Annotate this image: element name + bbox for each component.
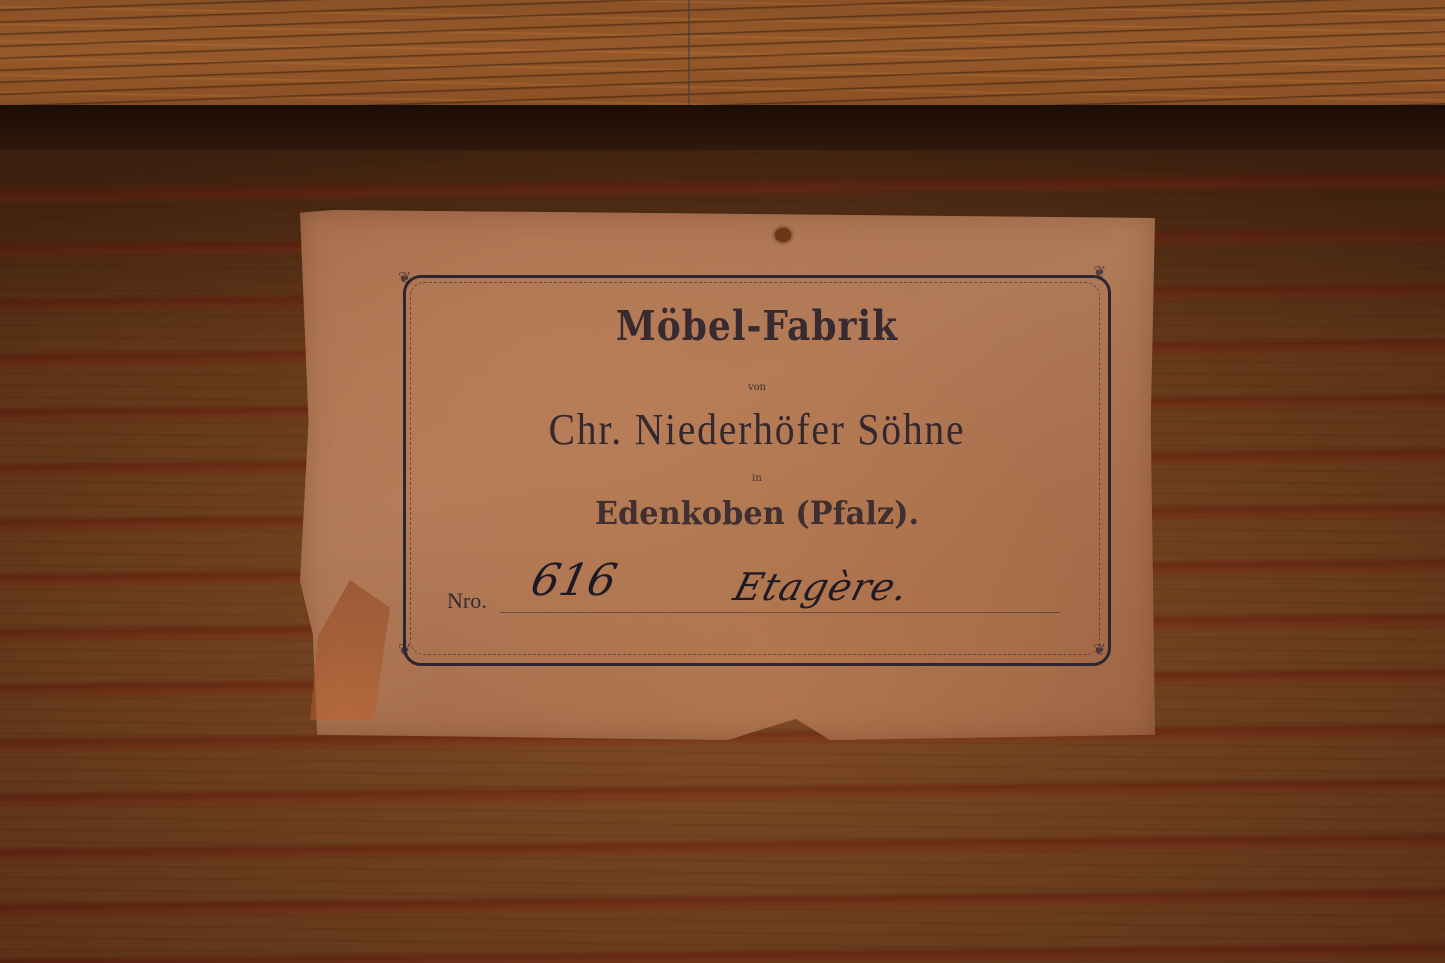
scribe-mark bbox=[688, 0, 690, 122]
location: Edenkoben (Pfalz). bbox=[421, 494, 1094, 532]
corner-ornament-icon: ❦ bbox=[398, 268, 411, 287]
item-name-handwritten: Etagère. bbox=[729, 565, 914, 609]
firm-name: Chr. Niederhöfer Söhne bbox=[438, 404, 1075, 455]
corner-ornament-icon: ❦ bbox=[1093, 640, 1106, 659]
number-label: Nro. bbox=[447, 588, 487, 614]
corner-ornament-icon: ❦ bbox=[1093, 262, 1106, 281]
corner-ornament-icon: ❦ bbox=[398, 640, 411, 659]
label-title: Möbel-Fabrik bbox=[403, 302, 1111, 350]
number-rule bbox=[500, 612, 1060, 613]
label-in: in bbox=[403, 473, 1111, 484]
number-value: 616 bbox=[527, 555, 622, 606]
nail-hole bbox=[775, 228, 791, 242]
label-von: von bbox=[403, 382, 1111, 393]
